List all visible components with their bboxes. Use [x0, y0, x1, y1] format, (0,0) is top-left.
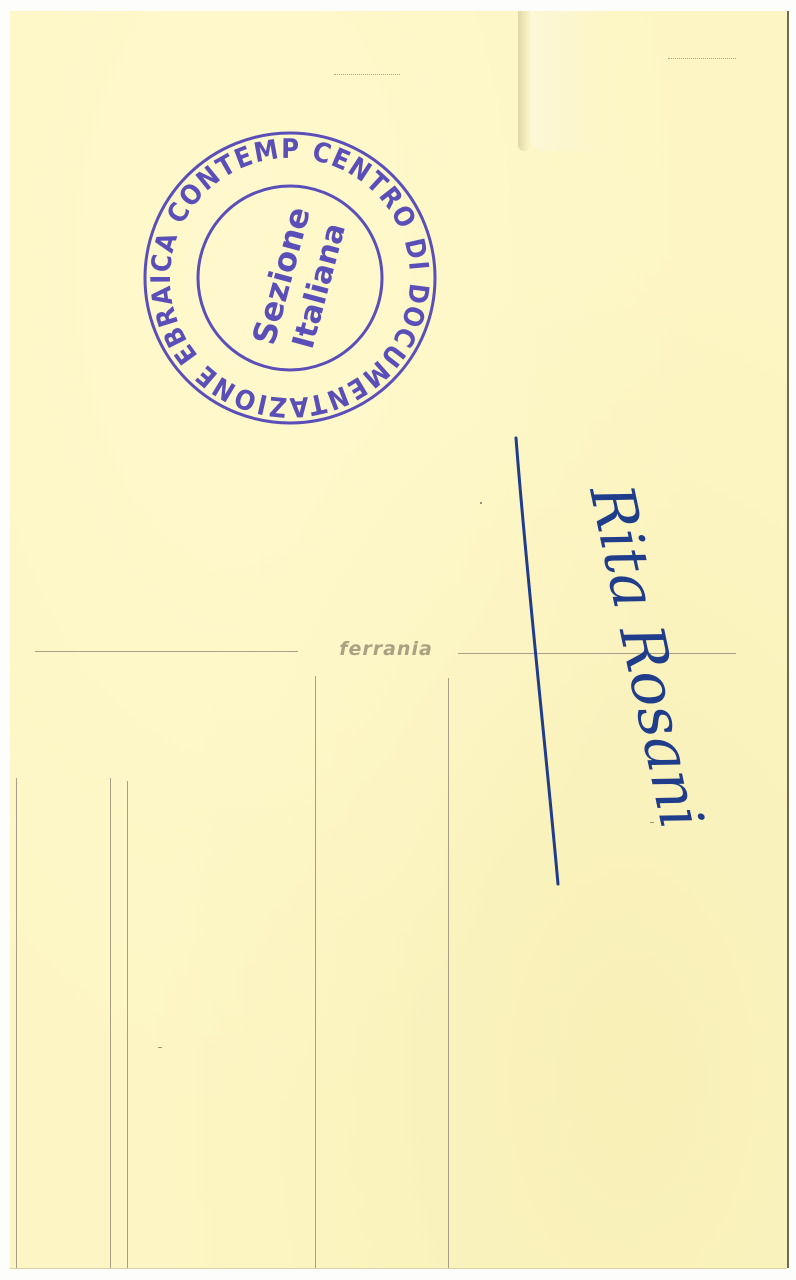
rule-vertical-5 — [448, 678, 449, 1268]
handwritten-signature: Rita Rosani — [490, 420, 710, 900]
rule-vertical-4 — [315, 676, 316, 1268]
card-notch-highlight — [530, 11, 600, 151]
paper-speck — [158, 1047, 162, 1048]
staple-mark-left — [334, 74, 400, 78]
signature-text: Rita Rosani — [575, 478, 710, 835]
brand-text: ferrania — [316, 638, 456, 660]
paper-speck — [650, 822, 654, 823]
paper-speck — [480, 502, 482, 504]
archive-stamp: CENTRO DI DOCUMENTAZIONE EBRAICA CONTEMP… — [142, 130, 438, 426]
rule-vertical-3 — [127, 781, 128, 1268]
card-notch-shadow — [518, 11, 530, 151]
rule-vertical-2 — [110, 778, 111, 1268]
divider-line-left — [35, 651, 298, 652]
rule-vertical-1 — [16, 778, 17, 1268]
staple-mark-right — [668, 58, 736, 62]
